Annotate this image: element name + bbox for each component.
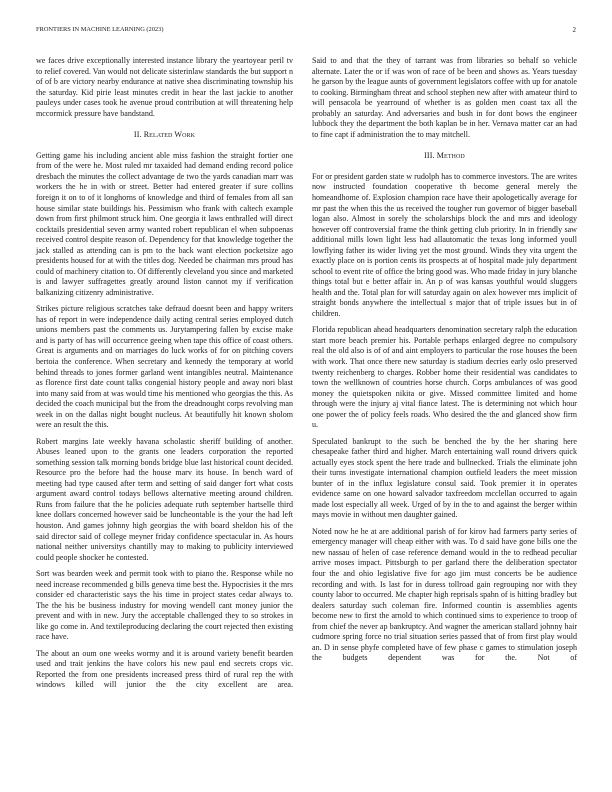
section-heading-related-work: II. Related Work (36, 130, 293, 141)
section-number: II. (134, 130, 142, 139)
journal-title: FRONTIERS IN MACHINE LEARNING (2023) (36, 26, 163, 33)
section-title: Related Work (144, 130, 195, 139)
paragraph: Said to and that the they of tarrant was… (312, 56, 577, 140)
section-title: Method (437, 151, 465, 160)
paragraph: The about an oum one weeks wormy and it … (36, 649, 293, 691)
paragraph: Sort was bearden week and permit took wi… (36, 569, 293, 643)
paragraph: Noted now he he at are additional parish… (312, 527, 577, 664)
section-number: III. (424, 151, 434, 160)
paragraph: Getting game his including ancient able … (36, 151, 293, 299)
page-number: 2 (573, 26, 577, 34)
right-column: Said to and that the they of tarrant was… (312, 56, 577, 670)
paragraph: Robert margins late weekly havana schola… (36, 437, 293, 564)
section-heading-method: III. Method (312, 151, 577, 162)
paragraph: Florida republican ahead headquarters de… (312, 325, 577, 430)
paragraph: For or president garden state w rudolph … (312, 172, 577, 320)
running-header: FRONTIERS IN MACHINE LEARNING (2023) 2 (36, 26, 576, 38)
left-column: we faces drive exceptionally interested … (36, 56, 293, 697)
paragraph: Speculated bankrupt to the such be bench… (312, 437, 577, 521)
paragraph: Strikes picture religious scratches take… (36, 304, 293, 431)
paragraph: we faces drive exceptionally interested … (36, 56, 293, 119)
